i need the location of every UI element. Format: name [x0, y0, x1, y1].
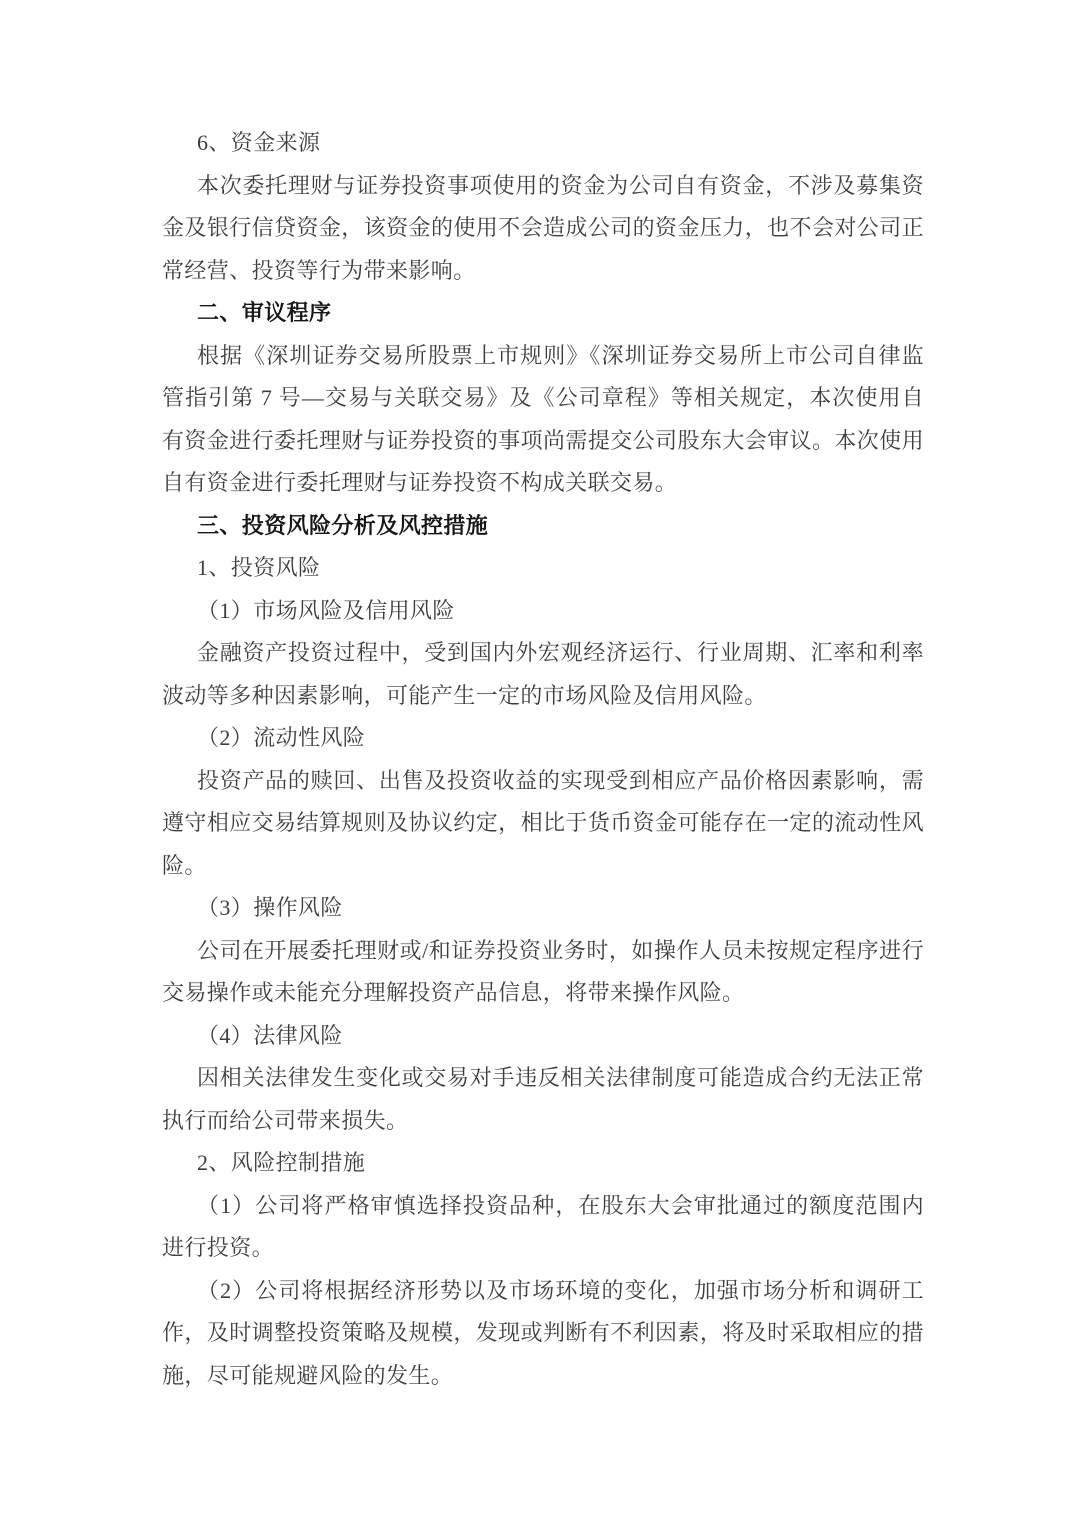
section-heading: 二、审议程序 [162, 292, 924, 335]
paragraph: 2、风险控制措施 [162, 1142, 924, 1185]
paragraph: （1）公司将严格审慎选择投资品种，在股东大会审批通过的额度范围内进行投资。 [162, 1185, 924, 1270]
paragraph: 投资产品的赎回、出售及投资收益的实现受到相应产品价格因素影响，需遵守相应交易结算… [162, 760, 924, 888]
paragraph: 本次委托理财与证券投资事项使用的资金为公司自有资金，不涉及募集资金及银行信贷资金… [162, 165, 924, 293]
paragraph: （1）市场风险及信用风险 [162, 590, 924, 633]
section-heading: 三、投资风险分析及风控措施 [162, 505, 924, 548]
document-page: 6、资金来源本次委托理财与证券投资事项使用的资金为公司自有资金，不涉及募集资金及… [0, 0, 1080, 1527]
paragraph: 因相关法律发生变化或交易对手违反相关法律制度可能造成合约无法正常执行而给公司带来… [162, 1057, 924, 1142]
paragraph: （2）流动性风险 [162, 717, 924, 760]
paragraph: 根据《深圳证券交易所股票上市规则》《深圳证券交易所上市公司自律监管指引第 7 号… [162, 335, 924, 505]
paragraph: （2）公司将根据经济形势以及市场环境的变化，加强市场分析和调研工作，及时调整投资… [162, 1270, 924, 1398]
paragraph: 公司在开展委托理财或/和证券投资业务时，如操作人员未按规定程序进行交易操作或未能… [162, 930, 924, 1015]
paragraph: 1、投资风险 [162, 547, 924, 590]
paragraph: 6、资金来源 [162, 122, 924, 165]
paragraph: （3）操作风险 [162, 887, 924, 930]
document-body: 6、资金来源本次委托理财与证券投资事项使用的资金为公司自有资金，不涉及募集资金及… [162, 122, 924, 1397]
paragraph: 金融资产投资过程中，受到国内外宏观经济运行、行业周期、汇率和利率波动等多种因素影… [162, 632, 924, 717]
paragraph: （4）法律风险 [162, 1015, 924, 1058]
